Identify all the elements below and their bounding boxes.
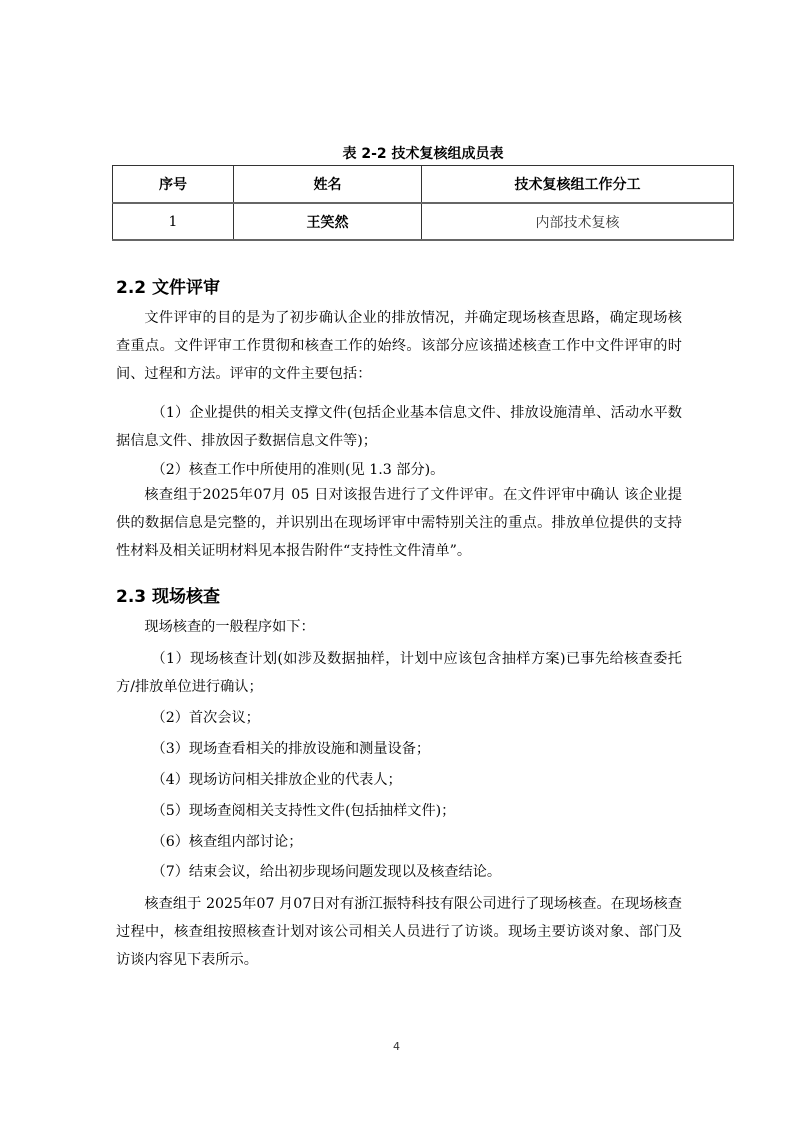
section-2-3-item-1: （1）现场核查计划(如涉及数据抽样，计划中应该包含抽样方案)已事先给核查委托方/…	[116, 645, 682, 701]
column-header-index: 序号	[113, 166, 234, 204]
section-2-3-item-6: （6）核查组内部讨论；	[116, 828, 682, 856]
table-header-row: 序号 姓名 技术复核组工作分工	[113, 166, 734, 204]
section-2-3-conclusion: 核查组于 2025年07 月07日对有浙江振特科技有限公司进行了现场核查。在现场…	[116, 890, 682, 974]
cell-name: 王笑然	[234, 203, 422, 240]
review-team-table: 序号 姓名 技术复核组工作分工 1 王笑然 内部技术复核	[112, 165, 734, 241]
section-2-3-item-2: （2）首次会议；	[116, 704, 682, 732]
page-number: 4	[0, 1040, 793, 1053]
column-header-name: 姓名	[234, 166, 422, 204]
section-heading-2-2: 2.2 文件评审	[116, 276, 220, 300]
section-2-2-item-2: （2）核查工作中所使用的准则(见 1.3 部分)。	[116, 456, 682, 484]
section-heading-2-3: 2.3 现场核查	[116, 585, 220, 609]
cell-index: 1	[113, 203, 234, 240]
section-2-3-item-3: （3）现场查看相关的排放设施和测量设备；	[116, 735, 682, 763]
section-2-3-item-4: （4）现场访问相关排放企业的代表人；	[116, 766, 682, 794]
document-page: 表 2-2 技术复核组成员表 序号 姓名 技术复核组工作分工 1 王笑然 内部技…	[0, 0, 793, 1122]
section-2-2-conclusion: 核查组于2025年07月 05 日对该报告进行了文件评审。在文件评审中确认 该企…	[116, 481, 682, 565]
section-2-3-item-7: （7）结束会议，给出初步现场问题发现以及核查结论。	[116, 858, 682, 886]
table-caption: 表 2-2 技术复核组成员表	[112, 144, 734, 164]
table-row: 1 王笑然 内部技术复核	[113, 203, 734, 240]
section-2-3-intro: 现场核查的一般程序如下：	[116, 613, 682, 641]
cell-role: 内部技术复核	[422, 203, 734, 240]
section-2-2-intro: 文件评审的目的是为了初步确认企业的排放情况，并确定现场核查思路，确定现场核查重点…	[116, 304, 682, 388]
section-2-3-item-5: （5）现场查阅相关支持性文件(包括抽样文件)；	[116, 797, 682, 825]
column-header-role: 技术复核组工作分工	[422, 166, 734, 204]
section-2-2-item-1: （1）企业提供的相关支撑文件(包括企业基本信息文件、排放设施清单、活动水平数据信…	[116, 399, 682, 455]
